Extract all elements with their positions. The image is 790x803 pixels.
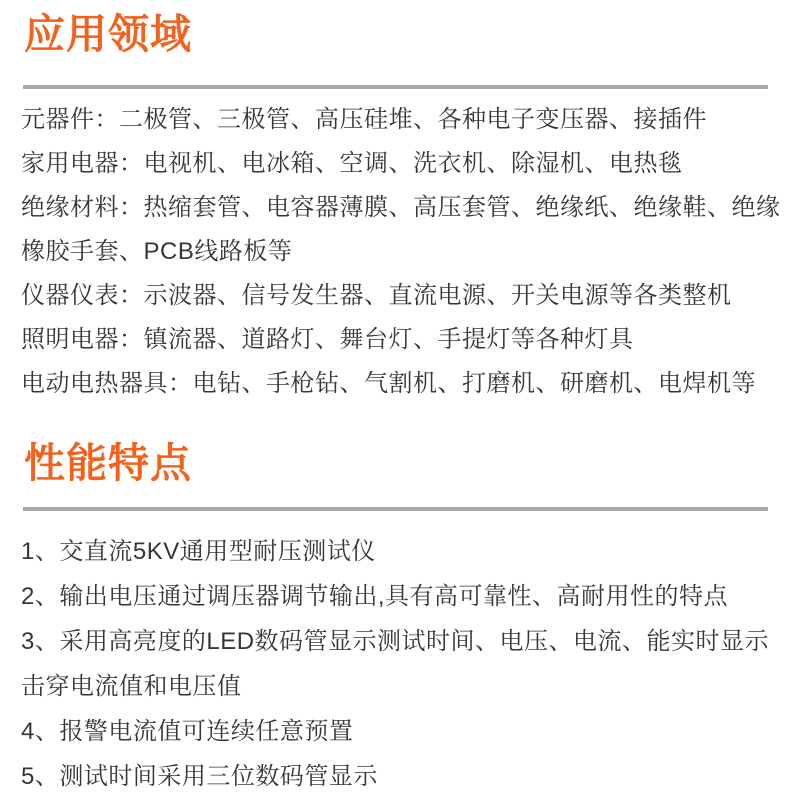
section-divider: [23, 85, 768, 89]
performance-features-list: 1、交直流5KV通用型耐压测试仪 2、输出电压通过调压器调节输出,具有高可靠性、…: [21, 529, 768, 799]
feature-item-4: 4、报警电流值可连续任意预置: [21, 709, 768, 754]
feature-item-3: 3、采用高亮度的LED数码管显示测试时间、电压、电流、能实时显示: [21, 619, 768, 664]
feature-item-3-cont: 击穿电流值和电压值: [21, 664, 768, 709]
application-entry-components: 元器件：二极管、三极管、高压硅堆、各种电子变压器、接插件: [21, 98, 768, 142]
application-entry-lighting: 照明电器：镇流器、道路灯、舞台灯、手提灯等各种灯具: [21, 318, 768, 362]
application-entry-power-tools: 电动电热器具：电钻、手枪钻、气割机、打磨机、研磨机、电焊机等: [21, 362, 768, 406]
product-description-page: 应用领域 元器件：二极管、三极管、高压硅堆、各种电子变压器、接插件 家用电器：电…: [0, 0, 790, 799]
application-entry-insulation-materials-cont: 橡胶手套、PCB线路板等: [21, 230, 768, 274]
feature-item-1: 1、交直流5KV通用型耐压测试仪: [21, 529, 768, 574]
feature-item-2: 2、输出电压通过调压器调节输出,具有高可靠性、高耐用性的特点: [21, 574, 768, 619]
application-entry-insulation-materials: 绝缘材料：热缩套管、电容器薄膜、高压套管、绝缘纸、绝缘鞋、绝缘: [21, 186, 768, 230]
application-areas-title: 应用领域: [24, 10, 768, 58]
section-performance-features: 性能特点 1、交直流5KV通用型耐压测试仪 2、输出电压通过调压器调节输出,具有…: [21, 439, 768, 799]
application-areas-text: 元器件：二极管、三极管、高压硅堆、各种电子变压器、接插件 家用电器：电视机、电冰…: [21, 98, 768, 406]
section-divider: [23, 507, 768, 511]
section-application-areas: 应用领域 元器件：二极管、三极管、高压硅堆、各种电子变压器、接插件 家用电器：电…: [21, 10, 768, 406]
feature-item-5: 5、测试时间采用三位数码管显示: [21, 754, 768, 799]
application-entry-instruments: 仪器仪表：示波器、信号发生器、直流电源、开关电源等各类整机: [21, 274, 768, 318]
performance-features-title: 性能特点: [24, 439, 768, 487]
application-entry-home-appliances: 家用电器：电视机、电冰箱、空调、洗衣机、除湿机、电热毯: [21, 142, 768, 186]
